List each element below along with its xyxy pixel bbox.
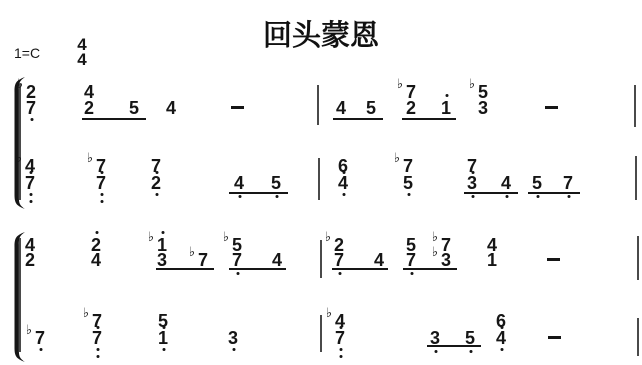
octave-dot-below	[101, 193, 104, 196]
chord-lower-note: 7	[335, 329, 345, 347]
octave-dot-below	[435, 350, 438, 353]
flat-accidental: ♭	[326, 307, 332, 320]
octave-dot-below	[233, 348, 236, 351]
chord-lower-note: 3	[467, 174, 477, 192]
flat-accidental: ♭	[87, 152, 93, 165]
note: 4	[501, 174, 511, 192]
note: 1	[441, 99, 451, 117]
chord-lower-note: 2	[151, 174, 161, 192]
barline	[637, 236, 639, 280]
key-signature-label: 1=C	[14, 46, 40, 60]
note: 7	[35, 329, 45, 347]
note: 5	[532, 174, 542, 192]
note: 4	[374, 251, 384, 269]
note: 5	[366, 99, 376, 117]
barline	[320, 240, 322, 278]
flat-accidental: ♭	[148, 231, 154, 244]
octave-dot-below	[501, 348, 504, 351]
chord-lower-note: 7	[92, 329, 102, 347]
duration-dash	[548, 336, 561, 339]
note: 7	[198, 251, 208, 269]
octave-dot-below	[470, 350, 473, 353]
octave-dot-below	[340, 348, 343, 351]
chord-lower-note: 3	[441, 251, 451, 269]
octave-dot-above	[162, 231, 165, 234]
barline	[317, 85, 319, 125]
chord-lower-note: 7	[406, 251, 416, 269]
octave-dot-below	[30, 193, 33, 196]
chord-lower-note: 1	[487, 251, 497, 269]
chord-lower-note: 4	[338, 174, 348, 192]
octave-dot-below	[408, 193, 411, 196]
octave-dot-below	[156, 193, 159, 196]
eighth-beam-underline	[82, 118, 146, 120]
chord-lower-note: 3	[157, 251, 167, 269]
time-signature: 4 4	[70, 37, 94, 67]
note: 5	[271, 174, 281, 192]
score-stage: 回头蒙恩 1=C 4 4 2♭74254457♭215♭34♭77♭772456…	[0, 0, 642, 365]
flat-accidental: ♭	[394, 152, 400, 165]
chord-lower-note: 7	[26, 99, 36, 117]
note: 3	[430, 329, 440, 347]
octave-dot-below	[537, 195, 540, 198]
chord-lower-note: 7	[96, 174, 106, 192]
octave-dot-below	[97, 348, 100, 351]
chord-lower-note: 7	[25, 174, 35, 192]
duration-dash	[231, 106, 244, 109]
octave-dot-below	[163, 348, 166, 351]
duration-dash	[547, 258, 560, 261]
chord-lower-note: 1	[158, 329, 168, 347]
note: 4	[336, 99, 346, 117]
flat-accidental: ♭	[325, 231, 331, 244]
note: 4	[166, 99, 176, 117]
octave-dot-below	[97, 355, 100, 358]
chord-lower-note: 7	[232, 251, 242, 269]
note: 5	[465, 329, 475, 347]
octave-dot-below	[411, 272, 414, 275]
flat-accidental: ♭	[397, 78, 403, 91]
octave-dot-below	[101, 200, 104, 203]
chord-lower-note: 4	[496, 329, 506, 347]
chord-lower-note: 3	[478, 99, 488, 117]
barline	[635, 156, 637, 200]
octave-dot-below	[343, 193, 346, 196]
flat-accidental: ♭	[83, 307, 89, 320]
eighth-beam-underline	[333, 118, 383, 120]
octave-dot-below	[239, 195, 242, 198]
time-signature-denominator: 4	[70, 52, 94, 67]
octave-dot-below	[340, 355, 343, 358]
chord-lower-note: 2	[406, 99, 416, 117]
octave-dot-below	[237, 272, 240, 275]
octave-dot-below	[276, 195, 279, 198]
octave-dot-below	[506, 195, 509, 198]
octave-dot-below	[339, 272, 342, 275]
chord-lower-note: 7	[334, 251, 344, 269]
chord-lower-note: 2	[84, 99, 94, 117]
flat-accidental: ♭	[189, 246, 195, 259]
page-title: 回头蒙恩	[0, 13, 642, 54]
octave-dot-below	[472, 195, 475, 198]
note: 3	[228, 329, 238, 347]
flat-accidental: ♭	[432, 231, 438, 244]
flat-accidental: ♭	[223, 231, 229, 244]
octave-dot-below	[30, 200, 33, 203]
flat-accidental: ♭	[16, 152, 22, 165]
flat-accidental: ♭	[469, 78, 475, 91]
duration-dash	[545, 106, 558, 109]
note: 7	[563, 174, 573, 192]
octave-dot-below	[40, 348, 43, 351]
eighth-beam-underline	[402, 118, 456, 120]
note: 4	[272, 251, 282, 269]
system-start-barline	[19, 84, 21, 200]
octave-dot-above	[96, 231, 99, 234]
barline	[318, 158, 320, 200]
note: 4	[234, 174, 244, 192]
chord-lower-note: 5	[403, 174, 413, 192]
octave-dot-below	[31, 118, 34, 121]
flat-accidental: ♭	[17, 78, 23, 91]
octave-dot-above	[446, 94, 449, 97]
barline	[634, 85, 636, 127]
chord-lower-note: 2	[25, 251, 35, 269]
barline	[637, 318, 639, 356]
flat-accidental: ♭	[26, 324, 32, 337]
note: 5	[129, 99, 139, 117]
octave-dot-below	[568, 195, 571, 198]
system-start-barline	[19, 238, 21, 352]
flat-accidental: ♭	[432, 246, 438, 259]
chord-lower-note: 4	[91, 251, 101, 269]
barline	[320, 315, 322, 352]
